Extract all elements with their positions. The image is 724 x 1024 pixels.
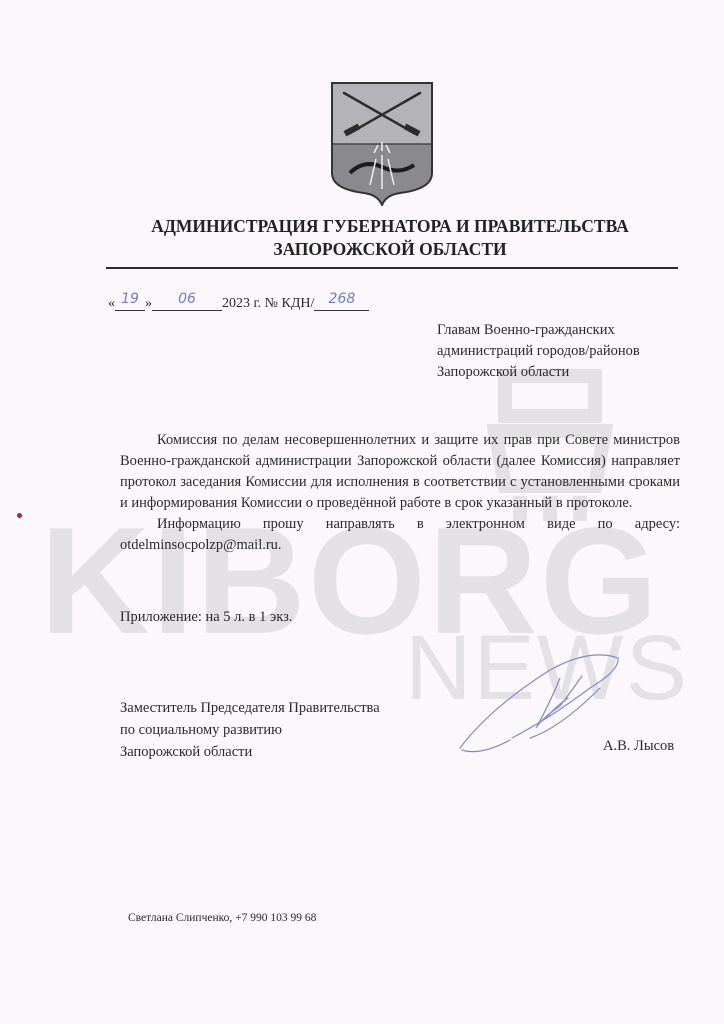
organization-title: АДМИНИСТРАЦИЯ ГУБЕРНАТОРА И ПРАВИТЕЛЬСТВ… [100,215,680,261]
document-page: KIBORG NEWS АДМИНИСТРАЦИЯ ГУБЕРНАТОРА И … [0,0,724,1024]
email-address[interactable]: otdelminsocpolzp@mail.ru. [120,535,680,556]
organization-title-line1: АДМИНИСТРАЦИЯ ГУБЕРНАТОРА И ПРАВИТЕЛЬСТВ… [151,216,629,236]
date-day-field: 19 [115,295,145,311]
body-paragraph-commission: Комиссия по делам несовершеннолетних и з… [120,430,680,514]
quote-open: « [108,296,115,311]
signer-name: А.В. Лысов [603,738,674,755]
date-day-handwritten: 19 [121,291,139,307]
date-year-and-reg-prefix: 2023 г. № КДН/ [222,296,314,311]
addressee-line: администраций городов/районов [437,341,640,362]
signer-title-block: Заместитель Председателя Правительства п… [120,697,380,763]
header-divider [106,267,678,269]
signer-title-line: по социальному развитию [120,719,380,741]
registration-number-handwritten: 268 [329,291,356,307]
date-month-field: 06 [152,295,222,311]
body-paragraph-info-request: Информацию прошу направлять в электронно… [120,514,680,535]
zaporozhye-coat-of-arms-icon [330,81,434,206]
addressee-line: Запорожской области [437,362,640,383]
contact-person: Светлана Слипченко, +7 990 103 99 68 [128,912,316,924]
scan-artifact-dot [17,513,22,518]
attachment-note: Приложение: на 5 л. в 1 экз. [120,609,292,626]
signer-title-line: Заместитель Председателя Правительства [120,697,380,719]
letter-body: Комиссия по делам несовершеннолетних и з… [120,430,680,556]
quote-close: » [145,296,152,311]
organization-title-line2: ЗАПОРОЖСКОЙ ОБЛАСТИ [100,238,680,261]
addressee-line: Главам Военно-гражданских [437,320,640,341]
date-and-number-line: «19»062023 г. № КДН/268 [108,295,369,312]
signer-title-line: Запорожской области [120,741,380,763]
date-month-handwritten: 06 [178,291,196,307]
registration-number-field: 268 [314,295,369,311]
addressee-block: Главам Военно-гражданских администраций … [437,320,640,383]
